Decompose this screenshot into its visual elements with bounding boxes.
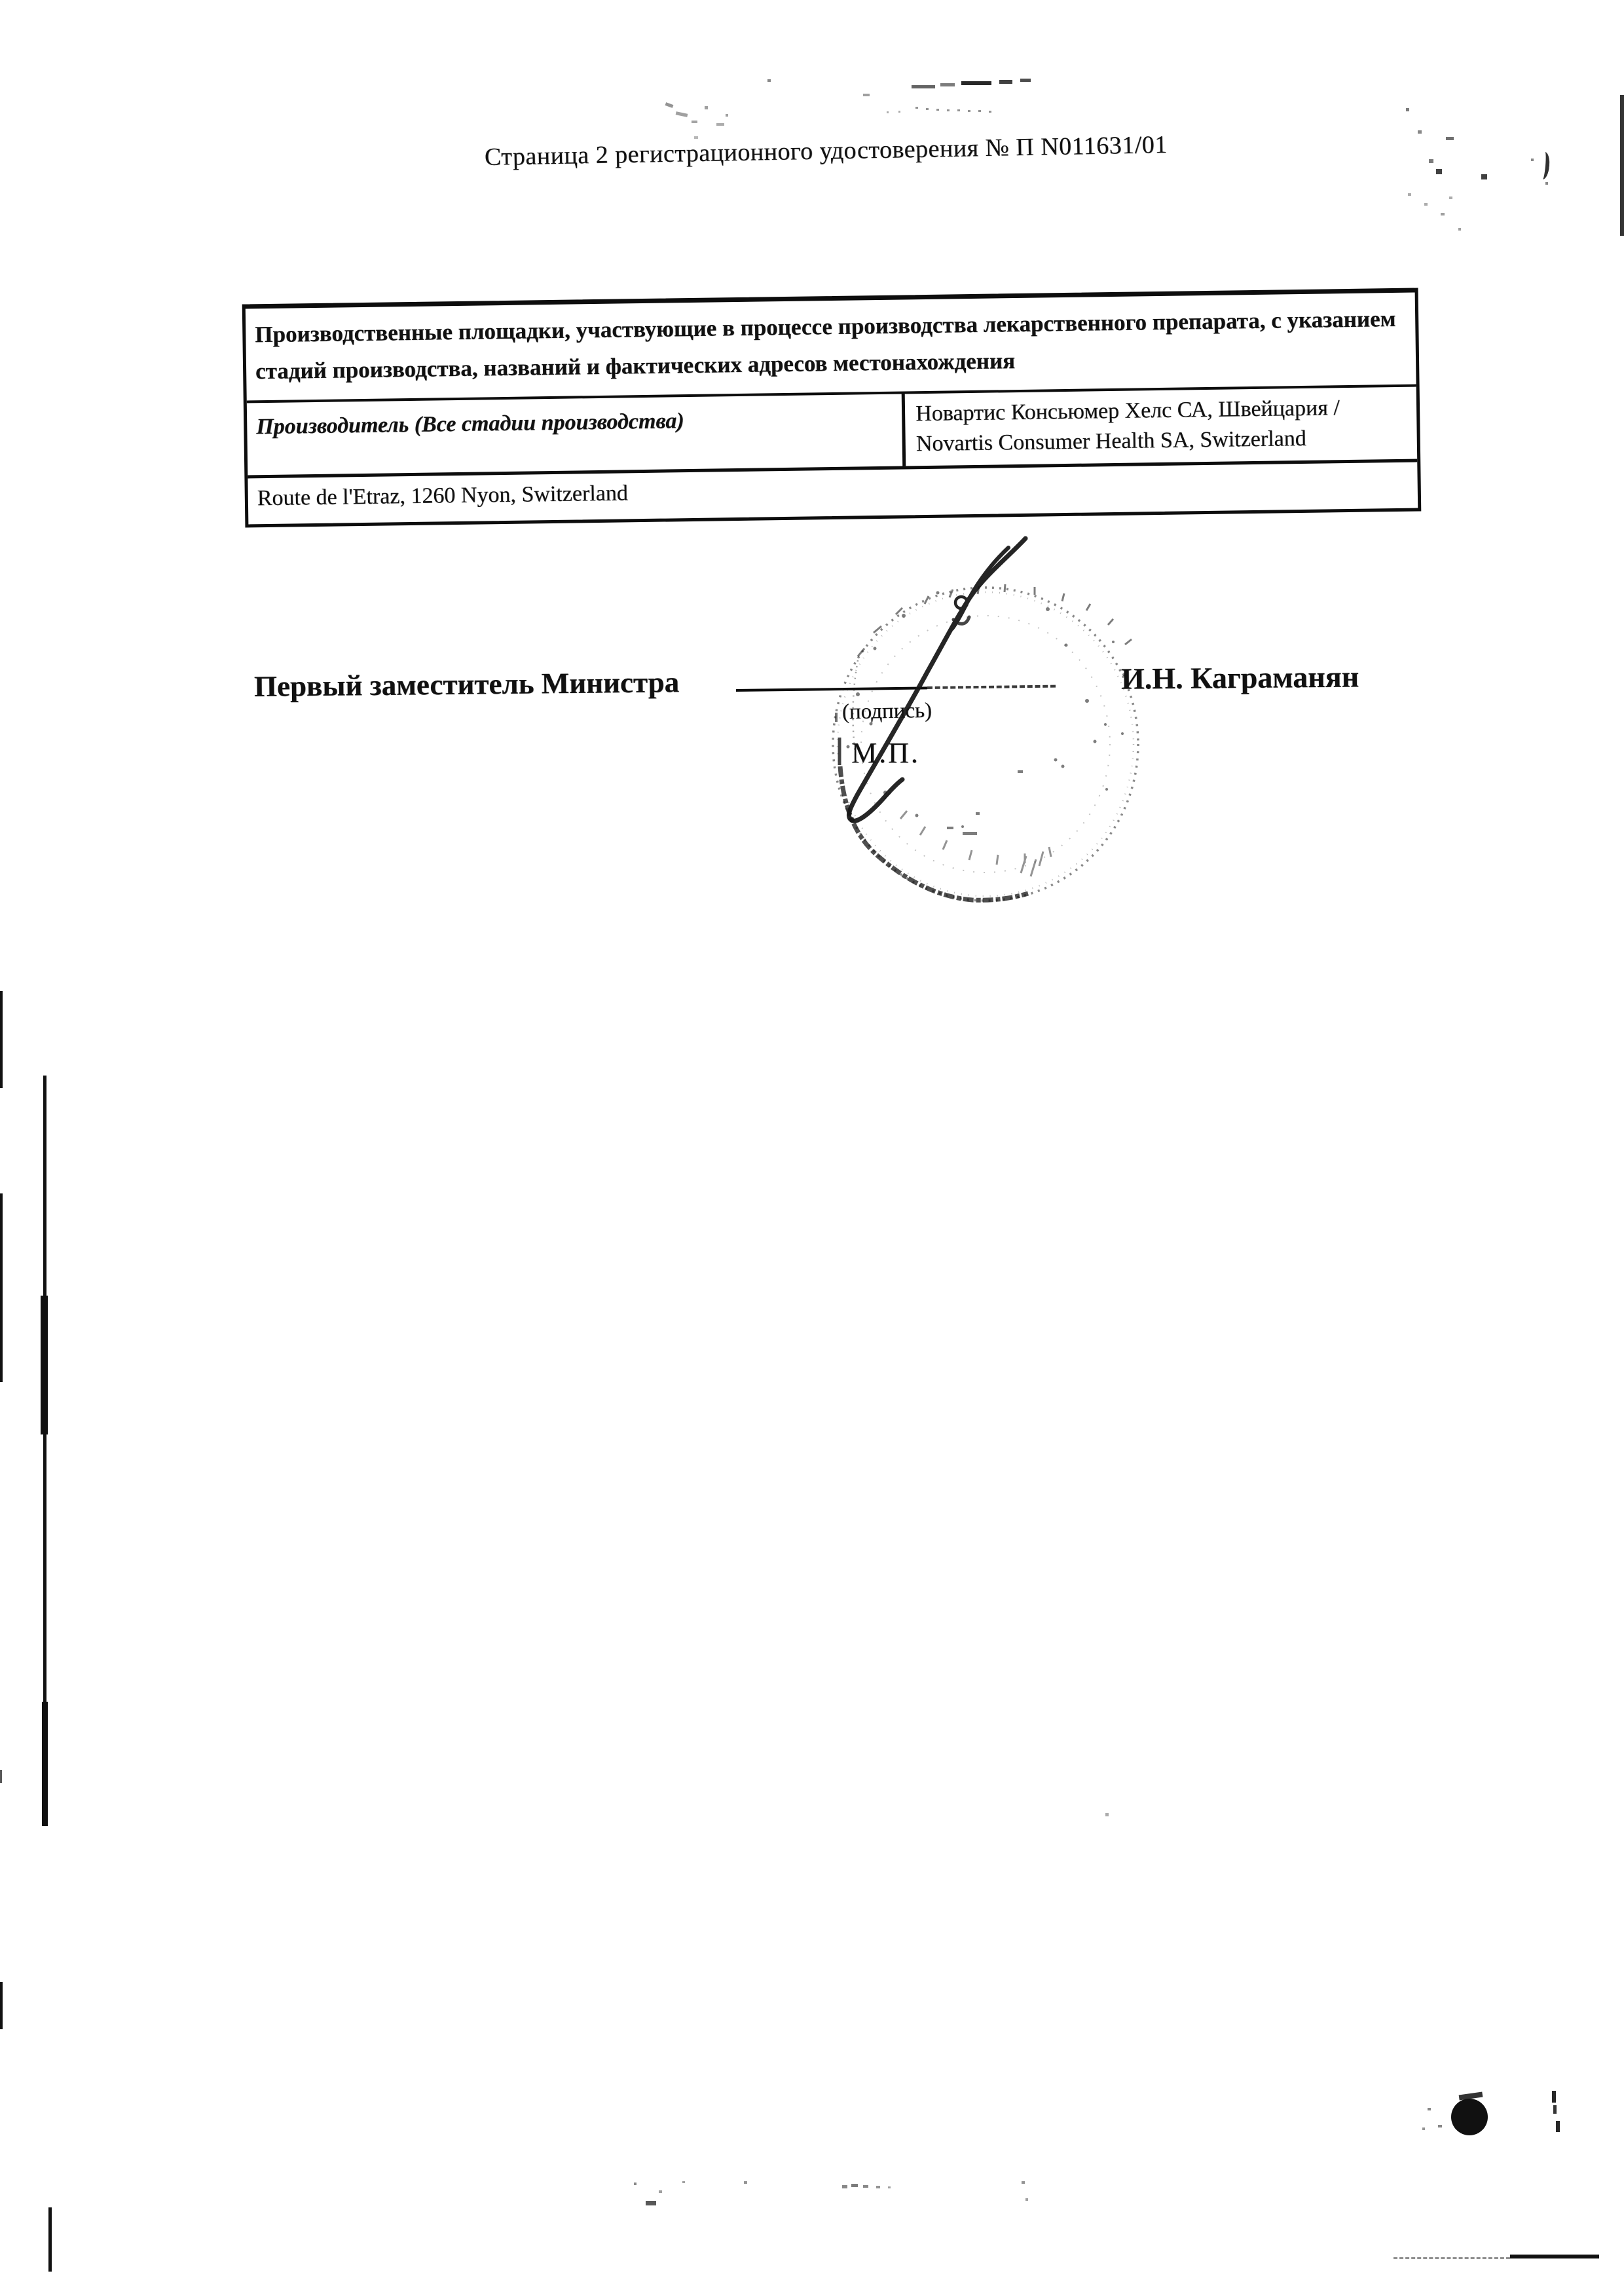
- scan-speck: [1428, 2108, 1431, 2110]
- scan-speck: [842, 2185, 847, 2188]
- table-header-cell: Производственные площадки, участвующие в…: [246, 293, 1416, 403]
- scan-dot: [887, 111, 889, 113]
- scan-dot: [978, 110, 981, 112]
- scan-speck: [1436, 169, 1442, 174]
- scan-speck: [1422, 2127, 1425, 2130]
- ink-dot: [1451, 2099, 1488, 2135]
- scan-dash: [961, 81, 991, 85]
- scan-speck: [682, 2181, 685, 2183]
- scan-dot: [989, 111, 991, 113]
- scan-speck: [744, 2181, 747, 2184]
- scan-speck: [767, 79, 771, 82]
- scan-speck: [1438, 2125, 1442, 2127]
- scan-speck: [1531, 159, 1534, 161]
- scan-paren-mark: [1539, 151, 1551, 179]
- scan-speck: [1545, 182, 1548, 185]
- scan-bottom-line: [1510, 2255, 1599, 2258]
- scan-speck: [646, 2201, 656, 2205]
- manufacturer-label-cell: Производитель (Все стадии производства): [247, 394, 903, 476]
- scan-smudge: [676, 111, 688, 117]
- scan-smudge: [705, 106, 708, 109]
- scan-smudge: [692, 121, 697, 123]
- scan-tick: [1552, 2091, 1556, 2103]
- scan-speck: [1105, 1813, 1109, 1816]
- signatory-position-title: Первый заместитель Министра: [254, 665, 680, 703]
- scan-speck: [659, 2190, 662, 2193]
- scan-dot: [957, 109, 960, 111]
- scan-speck: [1441, 213, 1445, 215]
- scan-dot: [968, 110, 970, 112]
- scan-edge-line: [0, 1982, 3, 2029]
- scan-tick: [1556, 2121, 1560, 2132]
- scan-dash: [999, 80, 1012, 84]
- scan-speck: [1446, 137, 1454, 140]
- scan-smudge: [694, 136, 698, 139]
- scan-bottom-dashed-line: [1393, 2257, 1510, 2259]
- scan-smudge: [716, 123, 724, 126]
- handwritten-signature-icon: [849, 538, 1025, 821]
- scan-speck: [888, 2186, 891, 2188]
- scan-vertical-line: [41, 1296, 48, 1434]
- scan-dot: [936, 109, 939, 111]
- scan-dot: [915, 107, 918, 109]
- scan-speck: [1458, 228, 1461, 231]
- scan-dot: [947, 109, 950, 111]
- scan-speck: [1022, 2181, 1025, 2184]
- scan-speck: [1429, 159, 1433, 163]
- scan-dash: [1020, 79, 1031, 82]
- scan-smudge: [726, 114, 728, 117]
- scanned-certificate-page: Страница 2 регистрационного удостоверени…: [0, 0, 1624, 2286]
- scan-speck: [1408, 193, 1411, 196]
- scan-speck: [1481, 174, 1487, 179]
- page-header-line: Страница 2 регистрационного удостоверени…: [485, 130, 1168, 172]
- scan-dash: [940, 83, 955, 86]
- scan-vertical-line: [48, 2207, 52, 2272]
- scan-speck: [851, 2184, 858, 2187]
- scan-speck: [1406, 108, 1409, 111]
- scan-edge-line: [0, 1193, 3, 1382]
- scan-edge-line: [0, 991, 3, 1088]
- scan-speck: [1025, 2198, 1028, 2201]
- scan-speck: [1449, 197, 1452, 199]
- scan-dash: [912, 85, 935, 88]
- round-stamp-and-signature: [753, 485, 1211, 943]
- scan-edge-line: [0, 1770, 2, 1783]
- scan-dot: [898, 111, 900, 113]
- scan-speck: [634, 2183, 637, 2185]
- manufacturer-value-cell: Новартис Консьюмер Хелс СА, Швейцария / …: [902, 387, 1417, 466]
- scan-dash: [863, 94, 870, 96]
- round-stamp-icon: [833, 584, 1138, 901]
- scan-speck: [1418, 130, 1422, 134]
- scan-dot: [926, 108, 929, 110]
- scan-tick: [1553, 2105, 1557, 2114]
- manufacturer-value-en: Novartis Consumer Health SA, Switzerland: [916, 422, 1407, 459]
- scan-speck: [1424, 203, 1428, 206]
- scan-speck: [863, 2185, 868, 2188]
- scan-smudge: [665, 102, 674, 108]
- scan-vertical-line: [42, 1702, 48, 1826]
- scan-speck: [876, 2186, 880, 2188]
- scan-edge-mark: [1620, 95, 1624, 236]
